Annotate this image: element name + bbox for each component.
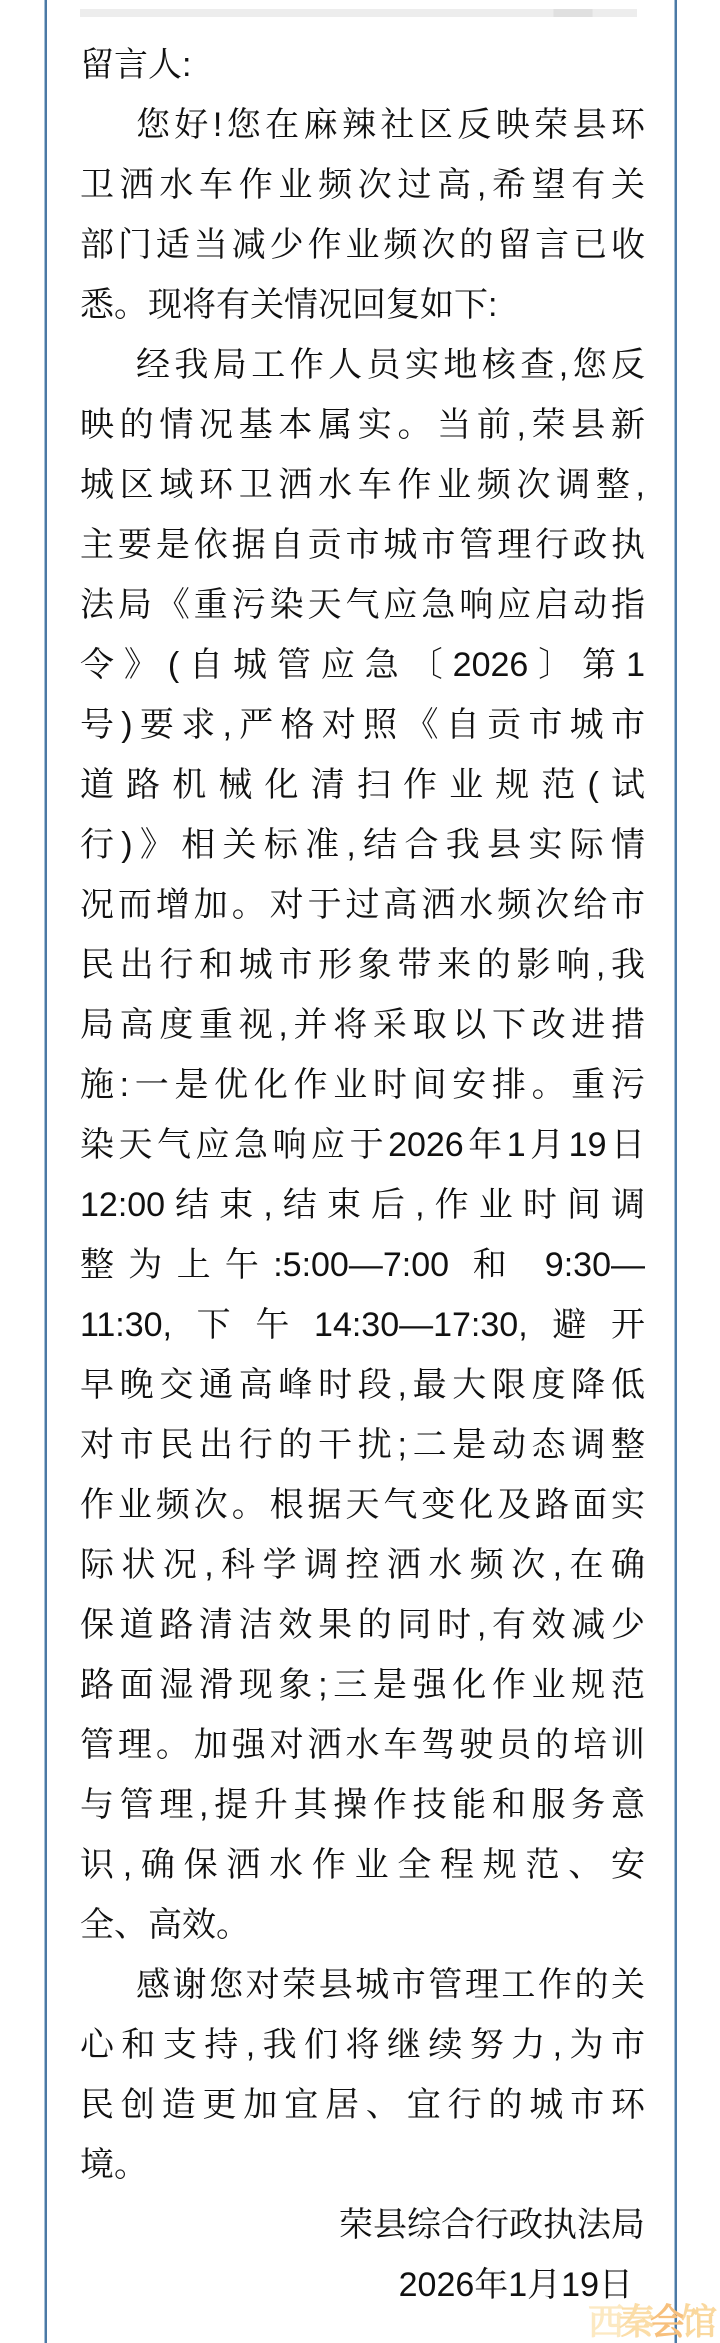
text-line-body: 心和支持,我们将继续努力,为市 — [80, 2015, 645, 2075]
page: { "colors": { "background": "#ffffff", "… — [0, 0, 720, 2343]
text-line-body: 识,确保洒水作业全程规范、安 — [80, 1835, 645, 1895]
text-line-body: 12:00结束,结束后,作业时间调 — [80, 1175, 645, 1235]
text-line-body: 对市民出行的干扰;二是动态调整 — [80, 1415, 645, 1475]
watermark-char: 馆 — [681, 2304, 712, 2340]
text-line-body: 境。 — [80, 2135, 645, 2195]
text-line-body: 际状况,科学调控洒水频次,在确 — [80, 1535, 645, 1595]
watermark-char: 会 — [650, 2304, 681, 2340]
text-line-body: 部门适当减少作业频次的留言已收 — [80, 215, 645, 275]
text-line-body: 您好!您在麻辣社区反映荣县环 — [80, 95, 645, 155]
text-line-signature: 荣县综合行政执法局 — [80, 2195, 645, 2255]
left-border-line — [44, 0, 47, 2343]
text-line-body: 感谢您对荣县城市管理工作的关 — [80, 1955, 645, 2015]
watermark: 西秦会馆 — [588, 2304, 712, 2340]
text-line-body: 民出行和城市形象带来的影响,我 — [80, 935, 645, 995]
text-line-body: 卫洒水车作业频次过高,希望有关 — [80, 155, 645, 215]
text-line-body: 况而增加。对于过高洒水频次给市 — [80, 875, 645, 935]
text-line-date: 2026年1月19日 — [80, 2255, 645, 2315]
watermark-char: 西 — [588, 2304, 619, 2340]
text-line-body: 经我局工作人员实地核查,您反 — [80, 335, 645, 395]
text-line-body: 道路机械化清扫作业规范(试 — [80, 755, 645, 815]
text-line-body: 整为上午:5:00—7:00 和 9:30— — [80, 1235, 645, 1295]
text-line-body: 路面湿滑现象;三是强化作业规范 — [80, 1655, 645, 1715]
text-line-body: 施:一是优化作业时间安排。重污 — [80, 1055, 645, 1115]
text-line-body: 民创造更加宜居、宜行的城市环 — [80, 2075, 645, 2135]
top-divider-bar — [80, 9, 637, 17]
text-line-body: 全、高效。 — [80, 1895, 645, 1955]
text-line-body: 主要是依据自贡市城市管理行政执 — [80, 515, 645, 575]
text-line-body: 令》(自城管应急〔2026〕第1 — [80, 635, 645, 695]
text-line-body: 管理。加强对洒水车驾驶员的培训 — [80, 1715, 645, 1775]
text-line-body: 保道路清洁效果的同时,有效减少 — [80, 1595, 645, 1655]
text-line-body: 号)要求,严格对照《自贡市城市 — [80, 695, 645, 755]
text-line-body: 行)》相关标准,结合我县实际情 — [80, 815, 645, 875]
text-line-salutation: 留言人: — [80, 35, 645, 95]
text-line-body: 染天气应急响应于2026年1月19日 — [80, 1115, 645, 1175]
text-line-body: 映的情况基本属实。当前,荣县新 — [80, 395, 645, 455]
text-line-body: 城区域环卫洒水车作业频次调整, — [80, 455, 645, 515]
text-line-body: 11:30,下午14:30—17:30,避开 — [80, 1295, 645, 1355]
text-line-body: 局高度重视,并将采取以下改进措 — [80, 995, 645, 1055]
text-line-body: 法局《重污染天气应急响应启动指 — [80, 575, 645, 635]
text-line-body: 早晚交通高峰时段,最大限度降低 — [80, 1355, 645, 1415]
text-line-body: 与管理,提升其操作技能和服务意 — [80, 1775, 645, 1835]
letter-body: 留言人:您好!您在麻辣社区反映荣县环卫洒水车作业频次过高,希望有关部门适当减少作… — [80, 35, 645, 2315]
text-line-body: 悉。现将有关情况回复如下: — [80, 275, 645, 335]
watermark-char: 秦 — [619, 2304, 650, 2340]
text-line-body: 作业频次。根据天气变化及路面实 — [80, 1475, 645, 1535]
right-border-line — [674, 0, 677, 2343]
